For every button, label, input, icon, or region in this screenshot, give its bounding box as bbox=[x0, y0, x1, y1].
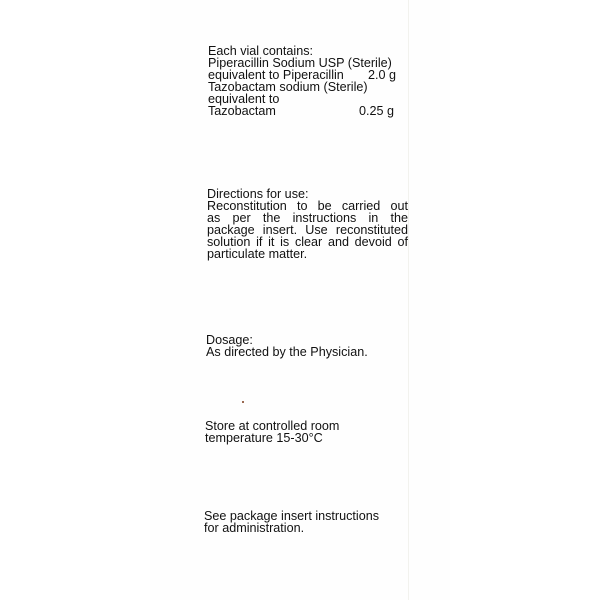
directions-section: Directions for use: Reconstitution to be… bbox=[207, 188, 408, 260]
storage-section: Store at controlled room temperature 15-… bbox=[205, 420, 339, 444]
tazobactam-label: Tazobactam bbox=[208, 105, 276, 117]
directions-text: Reconstitution to be carried out as per … bbox=[207, 200, 408, 260]
piperacillin-amount: 2.0 g bbox=[368, 69, 396, 81]
composition-row-tazobactam: Tazobactam 0.25 g bbox=[208, 105, 394, 117]
administration-section: See package insert instructions for admi… bbox=[204, 510, 379, 534]
dosage-section: Dosage: As directed by the Physician. bbox=[206, 334, 368, 358]
composition-section: Each vial contains: Piperacillin Sodium … bbox=[208, 45, 408, 117]
storage-line-2: temperature 15-30°C bbox=[205, 432, 339, 444]
dosage-text: As directed by the Physician. bbox=[206, 346, 368, 358]
directions-line: particulate matter. bbox=[207, 248, 408, 260]
tazobactam-amount: 0.25 g bbox=[359, 105, 394, 117]
label-edge bbox=[408, 0, 409, 600]
speck-mark bbox=[242, 401, 244, 403]
administration-line-2: for administration. bbox=[204, 522, 379, 534]
